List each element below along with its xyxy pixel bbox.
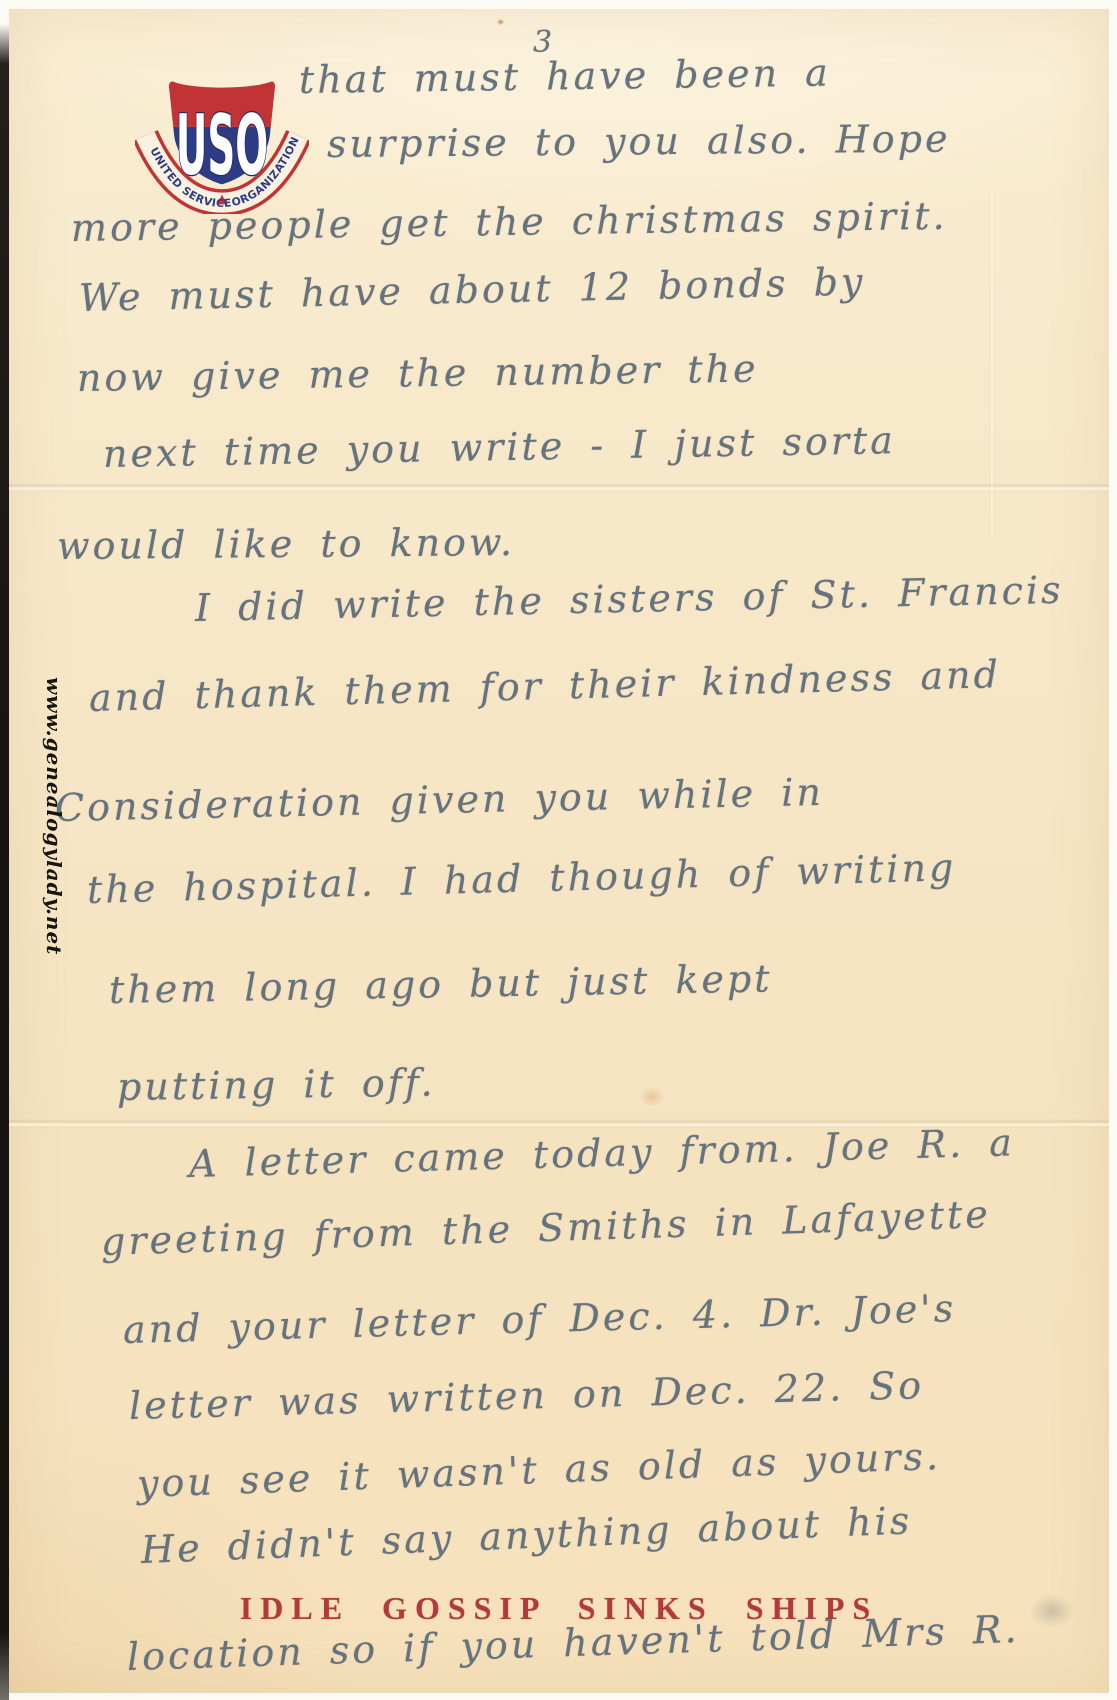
handwriting-line: He didn't say anything about his: [140, 1497, 913, 1573]
fold-crease-top: [9, 483, 1109, 492]
handwriting-line: greeting from the Smiths in Lafayette: [100, 1191, 991, 1265]
handwriting-line: now give me the number the: [77, 345, 759, 401]
vertical-crease: [989, 194, 995, 534]
handwriting-line: and your letter of Dec. 4. Dr. Joe's: [122, 1285, 956, 1353]
paper-stain: [639, 1087, 665, 1107]
watermark: www.genealogylady.net: [42, 677, 66, 1057]
slogan: IDLE GOSSIP SINKS SHIPS: [9, 1590, 1109, 1627]
handwriting-line: and thank them for their kindness and: [88, 651, 1001, 721]
handwriting-line: Consideration given you while in: [55, 769, 825, 831]
handwriting-line: letter was written on Dec. 22. So: [128, 1362, 924, 1429]
handwriting-line: you see it wasn't as old as yours.: [136, 1433, 942, 1507]
handwriting-line: next time you write - I just sorta: [103, 417, 897, 477]
handwriting-line: putting it off.: [117, 1060, 436, 1110]
handwriting-line: I did write the sisters of St. Francis: [195, 567, 1064, 631]
handwriting-line: them long ago but just kept: [109, 955, 773, 1013]
paper-fleck: [497, 19, 504, 25]
uso-logo: USO UNITED SERVICE ORGANIZATIONS: [135, 73, 309, 214]
scanned-letter: USO UNITED SERVICE ORGANIZATIONS 3 that …: [0, 0, 1117, 1700]
handwriting-line: surprise to you also. Hope: [327, 116, 951, 167]
handwriting-line: A letter came today from. Joe R. a: [188, 1119, 1015, 1187]
handwriting-line: the hospital. I had though of writing: [86, 844, 956, 913]
handwriting-line: that must have been a: [299, 50, 831, 103]
letter-paper: USO UNITED SERVICE ORGANIZATIONS 3 that …: [9, 9, 1109, 1693]
handwriting-line: We must have about 12 bonds by: [79, 259, 866, 321]
scan-edge-shadow: [0, 24, 9, 1700]
handwriting-line: would like to know.: [57, 519, 515, 569]
